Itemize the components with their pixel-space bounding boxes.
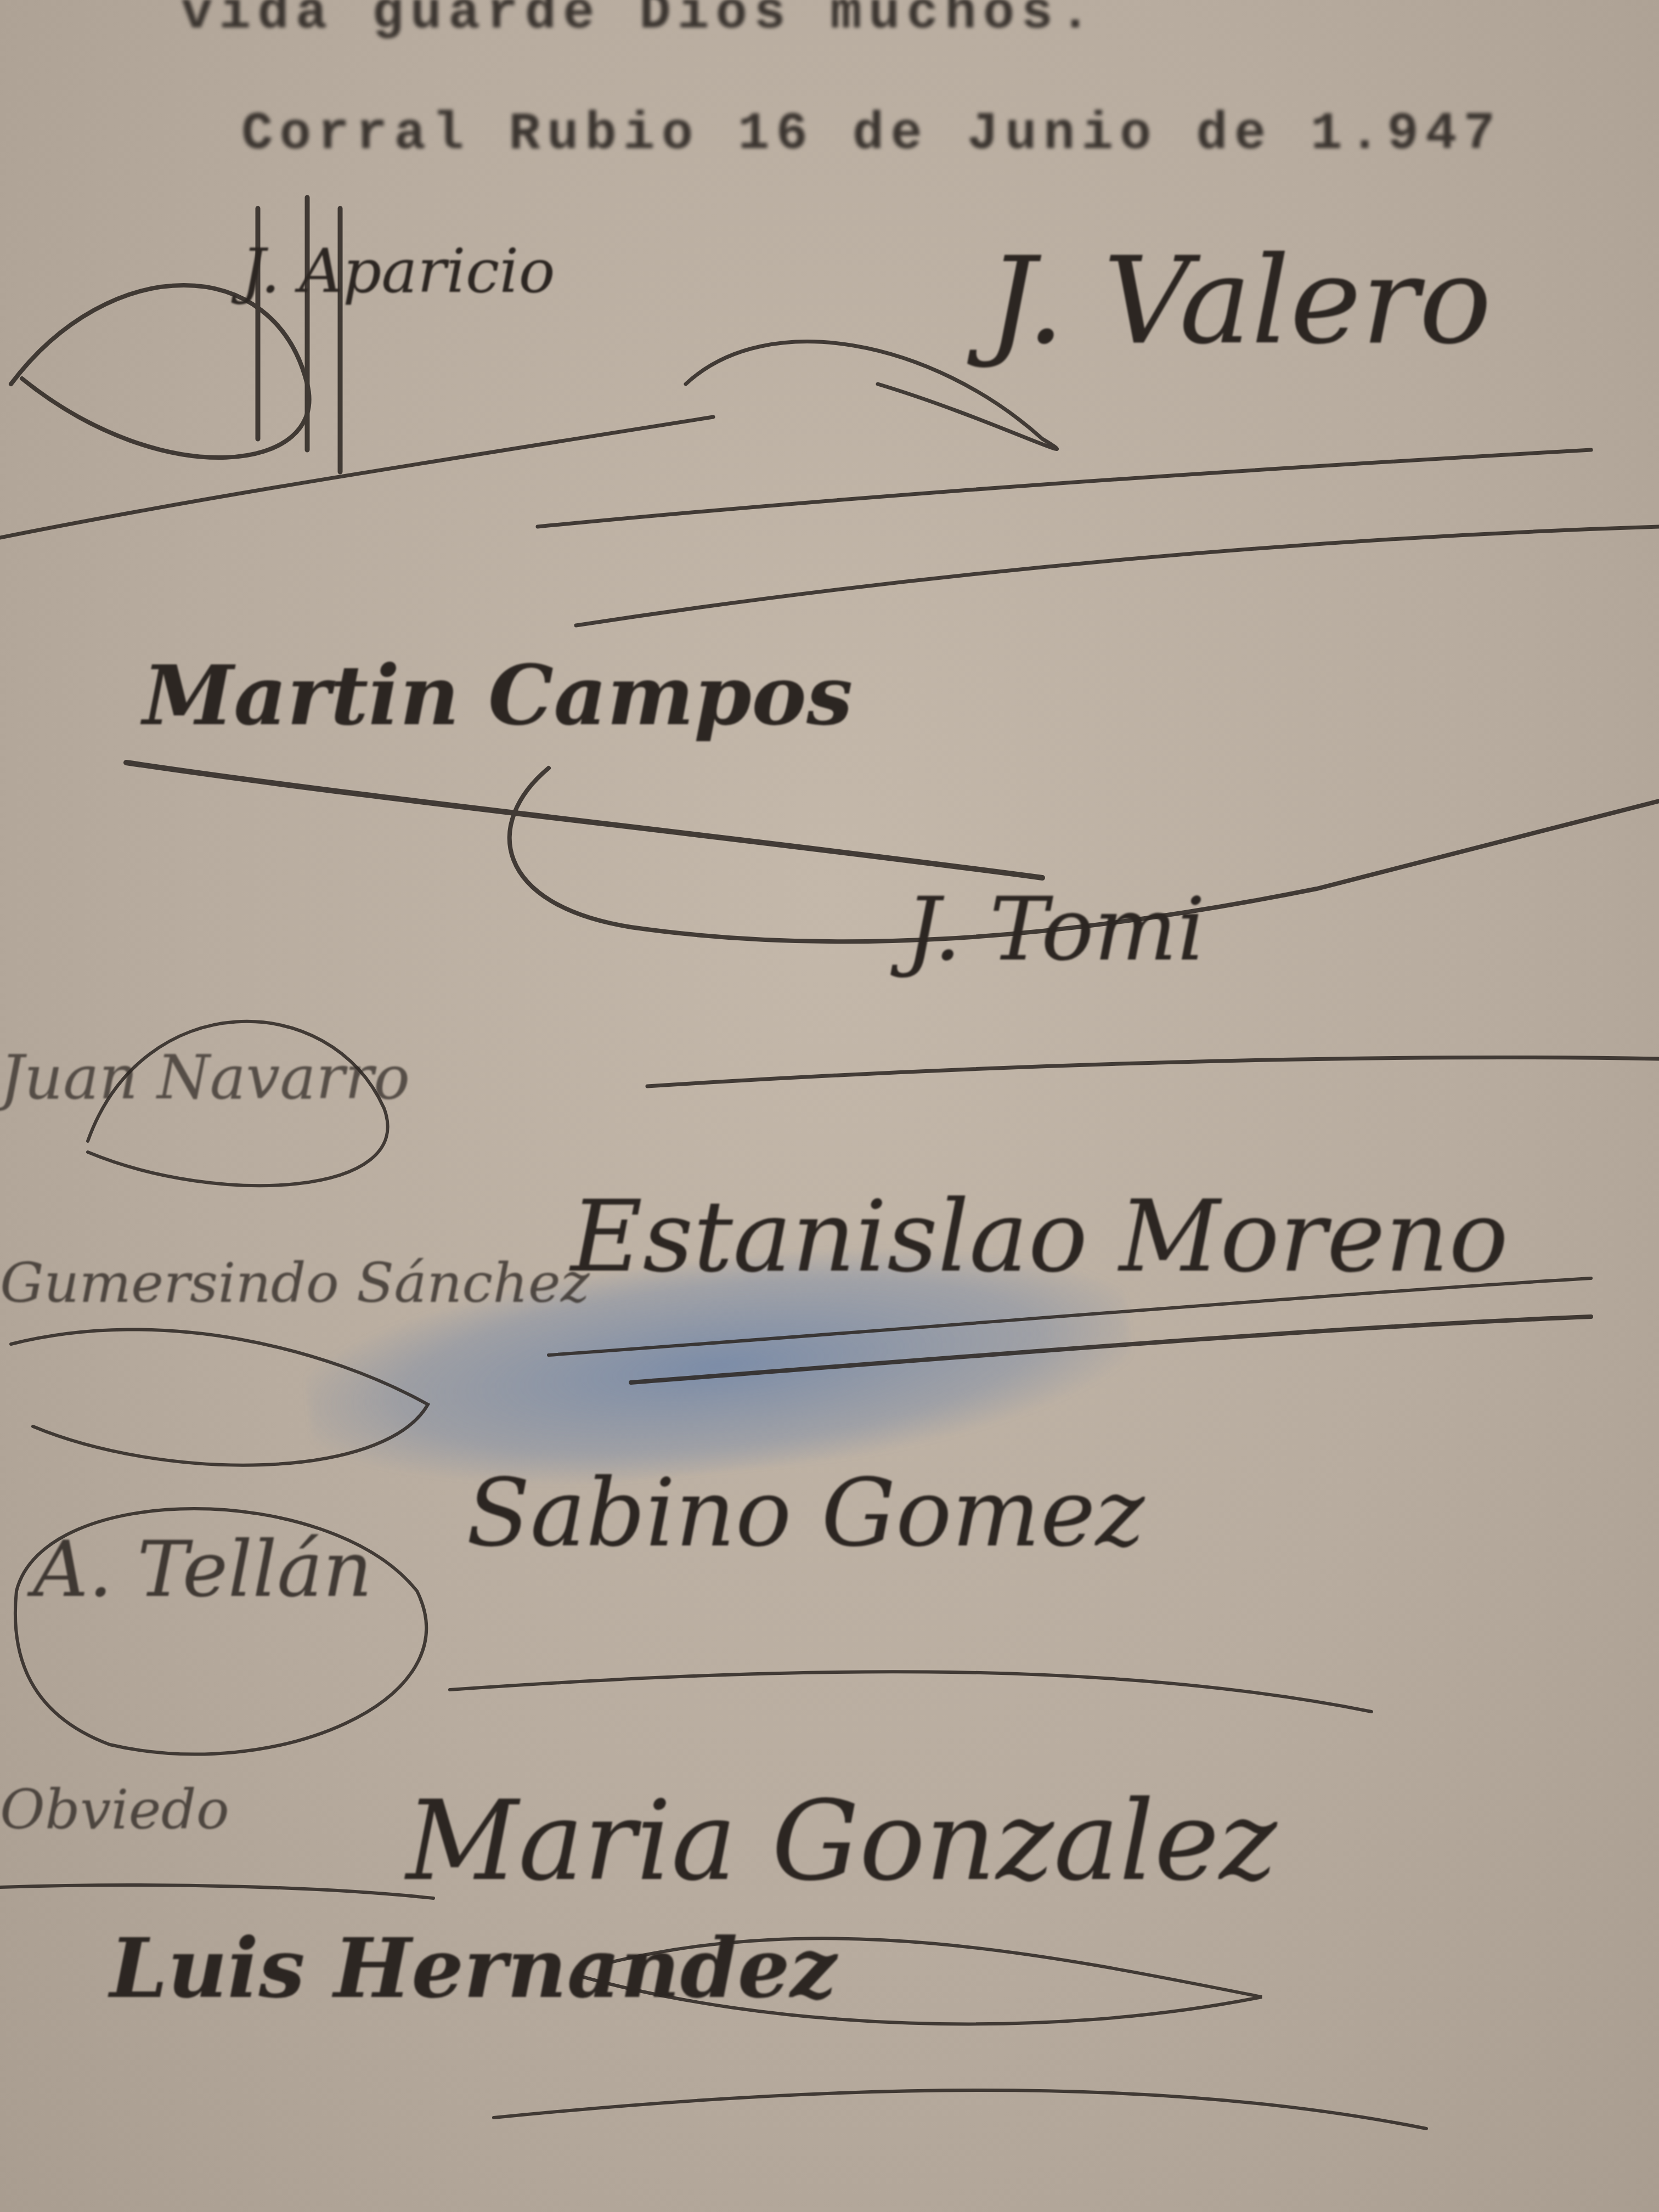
- signature-estanislao-moreno: Estanislao Moreno: [571, 1180, 1508, 1294]
- signature-valero: J. Valero: [988, 230, 1492, 371]
- signature-obviedo: Obviedo: [0, 1778, 229, 1842]
- signature-sabino-gomez: Sabino Gomez: [466, 1459, 1144, 1568]
- signature-maria-gonzalez: Maria Gonzalez: [406, 1778, 1277, 1905]
- signature-hernandez: Luis Hernandez: [110, 1920, 837, 2017]
- signature-navarro: Juan Navarro: [0, 1042, 410, 1113]
- signature-aparicio: J. Aparicio: [241, 236, 555, 306]
- signature-martin-campos: Martin Campos: [143, 647, 853, 744]
- signature-sanchez: Gumersindo Sánchez: [0, 1251, 590, 1315]
- signature-tomi: J. Tomi: [905, 878, 1205, 980]
- signature-tellan: A. Tellán: [33, 1525, 373, 1615]
